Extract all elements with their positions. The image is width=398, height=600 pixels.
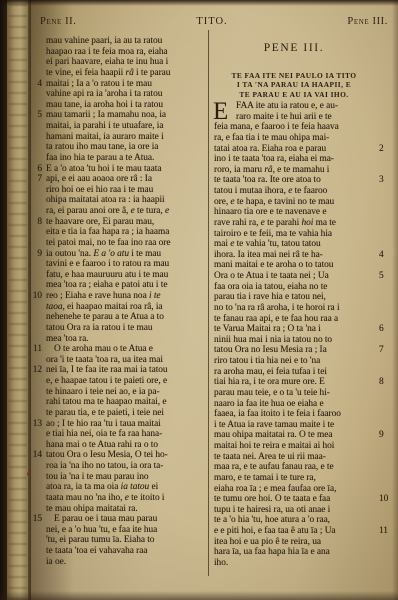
text-line: no to 'na ra râ aroha, i te horoi ra i bbox=[214, 303, 374, 314]
text-line: itea hoi e ua pio ê te reira, ua bbox=[214, 537, 374, 548]
verse-text: faa ora oia ia tatou, eiaha no te bbox=[214, 282, 327, 292]
text-line: 10te tumu ore hoi. O te taata e faa bbox=[214, 494, 374, 505]
verse-number: 6 bbox=[25, 164, 42, 175]
verse-text: maro, e te tamai i te ture ra, bbox=[214, 473, 316, 483]
verse-number: 8 bbox=[25, 217, 42, 228]
text-line: riro hoi oe ei hio raa i te mau bbox=[46, 185, 206, 196]
verse-text: ohipa maitatai atoa ra : ia haapii bbox=[46, 195, 165, 205]
verse-text: te taata 'toa ei vahavaha raa bbox=[46, 546, 147, 556]
photo-bottom-shadow bbox=[0, 591, 398, 600]
verse-text: hinaaro tia ore e te navenave e bbox=[214, 207, 326, 217]
verse-text: riro tatou i tia hia nei e to 'na bbox=[214, 356, 320, 366]
text-line: te vine, ei feia haapii râ i te parau bbox=[46, 68, 206, 79]
text-line: tavini e e faaroo i to ratou ra mau bbox=[46, 259, 206, 270]
text-line: mau tane, ia aroha hoi i ta ratou bbox=[46, 100, 206, 111]
text-line: ora 'i te taata 'toa ra, ua itea mai bbox=[46, 355, 206, 366]
verse-text: mau tane, ia aroha hoi i ta ratou bbox=[46, 100, 163, 110]
verse-text: nei, e a 'o hua 'tu, e faa ite hua bbox=[46, 525, 157, 535]
text-line: mai e te vahia 'tu, tatou tatou bbox=[214, 239, 374, 250]
text-line: faaea, ia faa itoito i te feia i faaroo bbox=[214, 409, 374, 420]
text-line: ninii hua mai i nia ia tatou no to bbox=[214, 335, 374, 346]
verse-text: ra, e faa tia i te mau ohipa mai- bbox=[214, 133, 329, 143]
verse-text: ihora. Ia itea mai nei râ te ha- bbox=[214, 250, 323, 260]
verse-text: vahine api ra ia 'aroha i ta ratou bbox=[46, 89, 162, 99]
text-line: 7tatou Ora no Iesu Mesia ra ; Ia bbox=[214, 345, 374, 356]
text-line: tatou i mutaa ihora, e te faaroo bbox=[214, 186, 374, 197]
text-line: 8tiai hia ra, i te ora mure ore. E bbox=[214, 377, 374, 388]
text-line: mea 'toa ra. bbox=[46, 334, 206, 345]
verse-text: i te Atua ia rave tamau maite i te bbox=[214, 420, 334, 430]
text-line: te taata nei. Area te ui rii maa- bbox=[214, 452, 374, 463]
verse-text: ta ratou iho mau tane, ia ore ia bbox=[46, 142, 158, 152]
verse-text: E a 'o atoa 'tu hoi i te mau taata bbox=[46, 164, 161, 174]
verse-text: mea 'toa ra ; eiaha e patoi atu i te bbox=[46, 280, 167, 290]
text-line: mau vahine paari, ia au ta ratou bbox=[46, 36, 206, 47]
verse-number: 2 bbox=[379, 144, 397, 155]
verse-text: tatou i mutaa ihora, e te faaroo bbox=[214, 186, 327, 196]
text-line: 15E parau oe i taua mau parau bbox=[46, 514, 206, 525]
chapter-heading: PENE III. bbox=[214, 42, 374, 54]
verse-text: faaea, ia faa itoito i te feia i faaroo bbox=[214, 409, 341, 419]
verse-number: 10 bbox=[379, 494, 397, 505]
text-line: 3te taata 'toa ra. Ite ore atoa to bbox=[214, 175, 374, 186]
verse-text: roro, ia maru râ, e te mamahu i bbox=[214, 165, 329, 175]
text-line: te hinaaro i teie nei ao, e ia pa- bbox=[46, 387, 206, 398]
verse-number: 7 bbox=[379, 345, 397, 356]
verse-text: ao ; I te hio raa 'tu i taua maitai bbox=[46, 419, 161, 429]
verse-number: 14 bbox=[25, 450, 42, 461]
verse-text: te Varua Maitai ra ; O ta 'na i bbox=[214, 324, 321, 334]
verse-text: roa ia 'na iho no tatou, ia ora ta- bbox=[46, 461, 163, 471]
verse-text: taata mau no 'na iho, e te itoito i bbox=[46, 493, 164, 503]
text-line: 10reo ; Eiaha e rave huna noa i te bbox=[46, 291, 206, 302]
text-line: e tiai hia nei, oia te fa raa hana- bbox=[46, 429, 206, 440]
text-line: iho. bbox=[214, 558, 374, 569]
verse-text: te parau tia, e te paieti, i teie nei bbox=[46, 408, 164, 418]
text-line: 8te haavare ore, Ei parau mau, bbox=[46, 217, 206, 228]
verse-text: rave rahi ra, e te parahi hoi ma te bbox=[214, 218, 336, 228]
running-head: Pene II. TITO. Pene III. bbox=[30, 16, 394, 29]
verse-text: te mau ohipa maitatai ra. bbox=[46, 504, 138, 514]
text-line: 6te Varua Maitai ra ; O ta 'na i bbox=[214, 324, 374, 335]
chapter-summary-line: TE PARAU E AU IA VAI IHO. bbox=[214, 90, 374, 99]
text-line: maitai hoi te reira e maitai ai hoi bbox=[214, 441, 374, 452]
verse-text: te haavare ore, Ei parau mau, bbox=[46, 217, 154, 227]
text-line: ei pari haavare, eiaha te inu hua i bbox=[46, 57, 206, 68]
verse-number: 12 bbox=[25, 365, 42, 376]
verse-text: e e piti hoi, e faa taa ê atu īa ; Ua bbox=[214, 526, 336, 536]
verse-text: riro hoi oe ei hio raa i te mau bbox=[46, 185, 153, 195]
running-head-center: TITO. bbox=[30, 16, 394, 27]
verse-number: 11 bbox=[25, 344, 42, 355]
verse-text: ora 'i te taata 'toa ra, ua itea mai bbox=[46, 355, 163, 365]
verse-text: ia oe. bbox=[46, 557, 66, 567]
verse-text: te hinaaro i teie nei ao, e ia pa- bbox=[46, 387, 160, 397]
text-line: ra aroha mau, ei feia tufaa i tei bbox=[214, 367, 374, 378]
text-line: te a 'o hia 'tu, hoe atura a 'o raa, bbox=[214, 515, 374, 526]
verse-number: 9 bbox=[25, 249, 42, 260]
text-line: fatu, e haa mauruuru atu i te mau bbox=[46, 270, 206, 281]
verse-number: 13 bbox=[25, 419, 42, 430]
text-line: eiaha roa īa ; e mea faufaa ore īa, bbox=[214, 484, 374, 495]
verse-text: Ora o te Atua i te taata nei ; Ua bbox=[214, 271, 329, 281]
verse-text: tavini e e faaroo i to ratou ra mau bbox=[46, 259, 169, 269]
text-line: eita e tia ia faa hapa ra ; ia haama bbox=[46, 227, 206, 238]
text-line: 6E a 'o atoa 'tu hoi i te mau taata bbox=[46, 164, 206, 175]
text-line: roa ia 'na iho no tatou, ia ora ta- bbox=[46, 461, 206, 472]
text-line: parau tia i rave hia e tatou nei, bbox=[214, 292, 374, 303]
text-line: atoa ra, ia ta ma oia ia tatou ei bbox=[46, 482, 206, 493]
text-line: faa ora oia ia tatou, eiaha no te bbox=[214, 282, 374, 293]
verse-number: 10 bbox=[25, 291, 42, 302]
text-line: 5mau tamarii ; Ia mamahu noa, ia bbox=[46, 110, 206, 121]
verse-text: fatu, e haa mauruuru atu i te mau bbox=[46, 270, 168, 280]
chapter-summary-line: TE FAA ITE NEI PAULO IA TITO bbox=[214, 71, 374, 80]
text-line: 4ihora. Ia itea mai nei râ te ha- bbox=[214, 250, 374, 261]
text-line: e, e haapae tatou i te paieti ore, e bbox=[46, 376, 206, 387]
verse-text: ra, ei parau anoi ore â, e te tura, e bbox=[46, 206, 169, 216]
text-line: te parau tia, e te paieti, i teie nei bbox=[46, 408, 206, 419]
text-line: hara īa, ua faa hapa hia īa e ana bbox=[214, 547, 374, 558]
text-line: hinaaro tia ore e te navenave e bbox=[214, 207, 374, 218]
verse-text: nehenehe te parau a te Atua a to bbox=[46, 312, 164, 322]
verse-text: tatou Ora no Iesu Mesia ra ; Ia bbox=[214, 345, 327, 355]
text-line: te taata 'toa ei vahavaha raa bbox=[46, 546, 206, 557]
verse-text: ino i te taata 'toa ra, eiaha ei ma- bbox=[214, 154, 334, 164]
text-line: rave rahi ra, e te parahi hoi ma te bbox=[214, 218, 374, 229]
text-line: ra, ei parau anoi ore â, e te tura, e bbox=[46, 206, 206, 217]
verse-number: 3 bbox=[379, 175, 397, 186]
verse-text: maa ra, e te aufau fanau raa, e te bbox=[214, 462, 334, 472]
verse-text: te taata nei. Area te ui rii maa- bbox=[214, 452, 326, 462]
text-line: faa ino hia te parau a te Atua. bbox=[46, 153, 206, 164]
verse-text: te taata 'toa ra. Ite ore atoa to bbox=[214, 175, 321, 185]
verse-text: parau mau teie, e o ta 'u teie hi- bbox=[214, 388, 330, 398]
verse-text: eiaha roa īa ; e mea faufaa ore īa, bbox=[214, 484, 336, 494]
verse-text: mani maitai e te aroha o to tatou bbox=[214, 260, 333, 270]
verse-text: maitai hoi te reira e maitai ai hoi bbox=[214, 441, 334, 451]
verse-number: 9 bbox=[379, 430, 397, 441]
text-line: maro, e te tamai i te ture ra, bbox=[214, 473, 374, 484]
text-line: 9ia outou 'na. E a 'o atu i te mau bbox=[46, 249, 206, 260]
verse-text: mau vahine paari, ia au ta ratou bbox=[46, 36, 162, 46]
verse-text: mau ohipa maitatai ra. O te mea bbox=[214, 430, 332, 440]
verse-text: ore, e te hapa, e tavini no te mau bbox=[214, 197, 334, 207]
text-line: hamani maitai, ia auraro maite i bbox=[46, 132, 206, 143]
text-line: tou ia 'na i te mau parau ino bbox=[46, 472, 206, 483]
text-line: 2tatai atoa ra. Eiaha roa e parau bbox=[214, 144, 374, 155]
verse-text: tatai atoa ra. Eiaha roa e parau bbox=[214, 144, 326, 154]
verse-text: mau tamarii ; Ia mamahu noa, ia bbox=[46, 110, 166, 120]
verse-text: tatou Ora ra ia ratou i te mau bbox=[46, 323, 153, 333]
text-line: riro tatou i tia hia nei e to 'na bbox=[214, 356, 374, 367]
verse-text: faa ino hia te parau a te Atua. bbox=[46, 153, 154, 163]
text-line: vahine api ra ia 'aroha i ta ratou bbox=[46, 89, 206, 100]
verse-text: ninii hua mai i nia ia tatou no to bbox=[214, 335, 332, 345]
text-line: 11O te aroha mau o te Atua e bbox=[46, 344, 206, 355]
text-line: tupu i te hairesi ra, ua oti anae i bbox=[214, 505, 374, 516]
text-line: ta ratou iho mau tane, ia ore ia bbox=[46, 142, 206, 153]
text-line: FAA ite atu ia ratou e, e au- bbox=[214, 101, 374, 112]
verse-text: tou ia 'na i te mau parau ino bbox=[46, 472, 149, 482]
chapter-summary-line: I TA 'NA PARAU IA HAAPII, E bbox=[214, 80, 374, 89]
chapter-summary: TE FAA ITE NEI PAULO IA TITOI TA 'NA PAR… bbox=[214, 71, 374, 99]
verse-text: eita e tia ia faa hapa ra ; ia haama bbox=[46, 227, 169, 237]
text-line: 7api, e ei aau aoaoa ore râ : Ia bbox=[46, 174, 206, 185]
text-line: te fanau raa api, e te faa hou raa a bbox=[214, 314, 374, 325]
text-line: 9mau ohipa maitatai ra. O te mea bbox=[214, 430, 374, 441]
verse-text: maitai, ia parahi i te utuafare, ia bbox=[46, 121, 163, 131]
text-line: haapao raa i te feia moa ra, eiaha bbox=[46, 47, 206, 58]
text-line: 4maitai ; Ia a 'o ratou i te mau bbox=[46, 79, 206, 90]
verse-text: parau tia i rave hia e tatou nei, bbox=[214, 292, 326, 302]
verse-text: tatou Ora o Iesu Mesia, O tei ho- bbox=[46, 450, 168, 460]
text-line: ohipa maitatai atoa ra : ia haapii bbox=[46, 195, 206, 206]
photo-right-shadow bbox=[392, 0, 398, 600]
right-column: E FAA ite atu ia ratou e, e au-raro mait… bbox=[214, 101, 374, 569]
verse-text: mea 'toa ra. bbox=[46, 334, 88, 344]
text-line: maa ra, e te aufau fanau raa, e te bbox=[214, 462, 374, 473]
text-line: raro maite i te hui arii e te bbox=[214, 112, 374, 123]
text-line: 14tatou Ora o Iesu Mesia, O tei ho- bbox=[46, 450, 206, 461]
verse-text: tiai hia ra, i te ora mure ore. E bbox=[214, 377, 325, 387]
verse-number: 4 bbox=[379, 250, 397, 261]
verse-text: e tiai hia nei, oia te fa raa hana- bbox=[46, 429, 162, 439]
text-line: taoa, ei haapao maitai roa râ, ia bbox=[46, 302, 206, 313]
verse-text: hana mai o te Atua rahi ra o to bbox=[46, 440, 158, 450]
verse-text: te a 'o hia 'tu, hoe atura a 'o raa, bbox=[214, 515, 330, 525]
text-line: tairoiro e te feii, ma te vahia hia bbox=[214, 229, 374, 240]
verse-text: E parau oe i taua mau parau bbox=[54, 514, 157, 524]
verse-text: tairoiro e te feii, ma te vahia hia bbox=[214, 229, 332, 239]
verse-text: naaro ia faa ite hua oe eiaha e bbox=[214, 399, 324, 409]
verse-text: ei pari haavare, eiaha te inu hua i bbox=[46, 57, 168, 67]
text-line: 11e e piti hoi, e faa taa ê atu īa ; Ua bbox=[214, 526, 374, 537]
verse-text: feia mana, e faaroo i te feia haava bbox=[214, 122, 339, 132]
verse-text: nei īa, I te faa ite raa mai ia tatou bbox=[46, 365, 168, 375]
verse-number: 8 bbox=[379, 377, 397, 388]
verse-text: te tumu ore hoi. O te taata e faa bbox=[214, 494, 330, 504]
verse-number: 15 bbox=[25, 514, 42, 525]
verse-text: mai e te vahia 'tu, tatou tatou bbox=[214, 239, 321, 249]
column-divider bbox=[208, 30, 209, 576]
text-line: naaro ia faa ite hua oe eiaha e bbox=[214, 399, 374, 410]
verse-text: FAA ite atu ia ratou e, e au- bbox=[236, 101, 338, 111]
verse-text: O te aroha mau o te Atua e bbox=[54, 344, 153, 354]
text-line: feia mana, e faaroo i te feia haava bbox=[214, 122, 374, 133]
text-line: hana mai o te Atua rahi ra o to bbox=[46, 440, 206, 451]
verse-number: 6 bbox=[379, 324, 397, 335]
text-line: 12nei īa, I te faa ite raa mai ia tatou bbox=[46, 365, 206, 376]
running-head-right: Pene III. bbox=[347, 16, 388, 27]
verse-text: rahi tatou ma te haapao maitai, e bbox=[46, 397, 166, 407]
verse-text: e, e haapae tatou i te paieti ore, e bbox=[46, 376, 167, 386]
text-line: ia oe. bbox=[46, 557, 206, 568]
verse-text: tupu i te hairesi ra, ua oti anae i bbox=[214, 505, 330, 515]
verse-text: no to 'na ra râ aroha, i te horoi ra i bbox=[214, 303, 340, 313]
text-line: 13ao ; I te hio raa 'tu i taua maitai bbox=[46, 419, 206, 430]
text-line: nehenehe te parau a te Atua a to bbox=[46, 312, 206, 323]
verse-number: 4 bbox=[25, 79, 42, 90]
verse-text: ia outou 'na. E a 'o atu i te mau bbox=[46, 249, 161, 259]
verse-text: atoa ra, ia ta ma oia ia tatou ei bbox=[46, 482, 158, 492]
verse-text: haapao raa i te feia moa ra, eiaha bbox=[46, 47, 168, 57]
text-line: mea 'toa ra ; eiaha e patoi atu i te bbox=[46, 280, 206, 291]
text-line: ino i te taata 'toa ra, eiaha ei ma- bbox=[214, 154, 374, 165]
book-photo: Pene II. TITO. Pene III. mau vahine paar… bbox=[0, 0, 398, 600]
verse-text: raro maite i te hui arii e te bbox=[236, 112, 332, 122]
verse-text: ra aroha mau, ei feia tufaa i tei bbox=[214, 367, 327, 377]
verse-text: te fanau raa api, e te faa hou raa a bbox=[214, 314, 338, 324]
verse-text: maitai ; Ia a 'o ratou i te mau bbox=[46, 79, 152, 89]
verse-number: 7 bbox=[25, 174, 42, 185]
verse-number: 5 bbox=[25, 110, 42, 121]
verse-text: tei patoi mai, no te faa ino raa ore bbox=[46, 238, 170, 248]
text-line: nei, e a 'o hua 'tu, e faa ite hua bbox=[46, 525, 206, 536]
text-line: mani maitai e te aroha o to tatou bbox=[214, 260, 374, 271]
text-line: ore, e te hapa, e tavini no te mau bbox=[214, 197, 374, 208]
verse-text: te vine, ei feia haapii râ i te parau bbox=[46, 68, 170, 78]
text-line: tatou Ora ra ia ratou i te mau bbox=[46, 323, 206, 334]
text-line: te mau ohipa maitatai ra. bbox=[46, 504, 206, 515]
text-line: i te Atua ia rave tamau maite i te bbox=[214, 420, 374, 431]
verse-text: 'tu, ei parau tumu īa. Eiaha to bbox=[46, 535, 154, 545]
verse-text: reo ; Eiaha e rave huna noa i te bbox=[46, 291, 161, 301]
text-line: parau mau teie, e o ta 'u teie hi- bbox=[214, 388, 374, 399]
verse-text: itea hoi e ua pio ê te reira, ua bbox=[214, 537, 321, 547]
verse-text: hara īa, ua faa hapa hia īa e ana bbox=[214, 547, 330, 557]
text-line: rahi tatou ma te haapao maitai, e bbox=[46, 397, 206, 408]
text-line: taata mau no 'na iho, e te itoito i bbox=[46, 493, 206, 504]
verse-text: hamani maitai, ia auraro maite i bbox=[46, 132, 164, 142]
verse-number: 11 bbox=[379, 526, 397, 537]
ink-speck bbox=[27, 472, 30, 476]
verse-text: api, e ei aau aoaoa ore râ : Ia bbox=[46, 174, 152, 184]
verse-number: 5 bbox=[379, 271, 397, 282]
left-column: mau vahine paari, ia au ta ratouhaapao r… bbox=[46, 36, 206, 567]
text-line: ra, e faa tia i te mau ohipa mai- bbox=[214, 133, 374, 144]
text-line: 5Ora o te Atua i te taata nei ; Ua bbox=[214, 271, 374, 282]
text-line: maitai, ia parahi i te utuafare, ia bbox=[46, 121, 206, 132]
text-line: tei patoi mai, no te faa ino raa ore bbox=[46, 238, 206, 249]
verse-text: taoa, ei haapao maitai roa râ, ia bbox=[46, 302, 163, 312]
verse-text: iho. bbox=[214, 558, 228, 568]
text-line: roro, ia maru râ, e te mamahu i bbox=[214, 165, 374, 176]
text-line: 'tu, ei parau tumu īa. Eiaha to bbox=[46, 535, 206, 546]
photo-top-shadow bbox=[0, 0, 398, 6]
